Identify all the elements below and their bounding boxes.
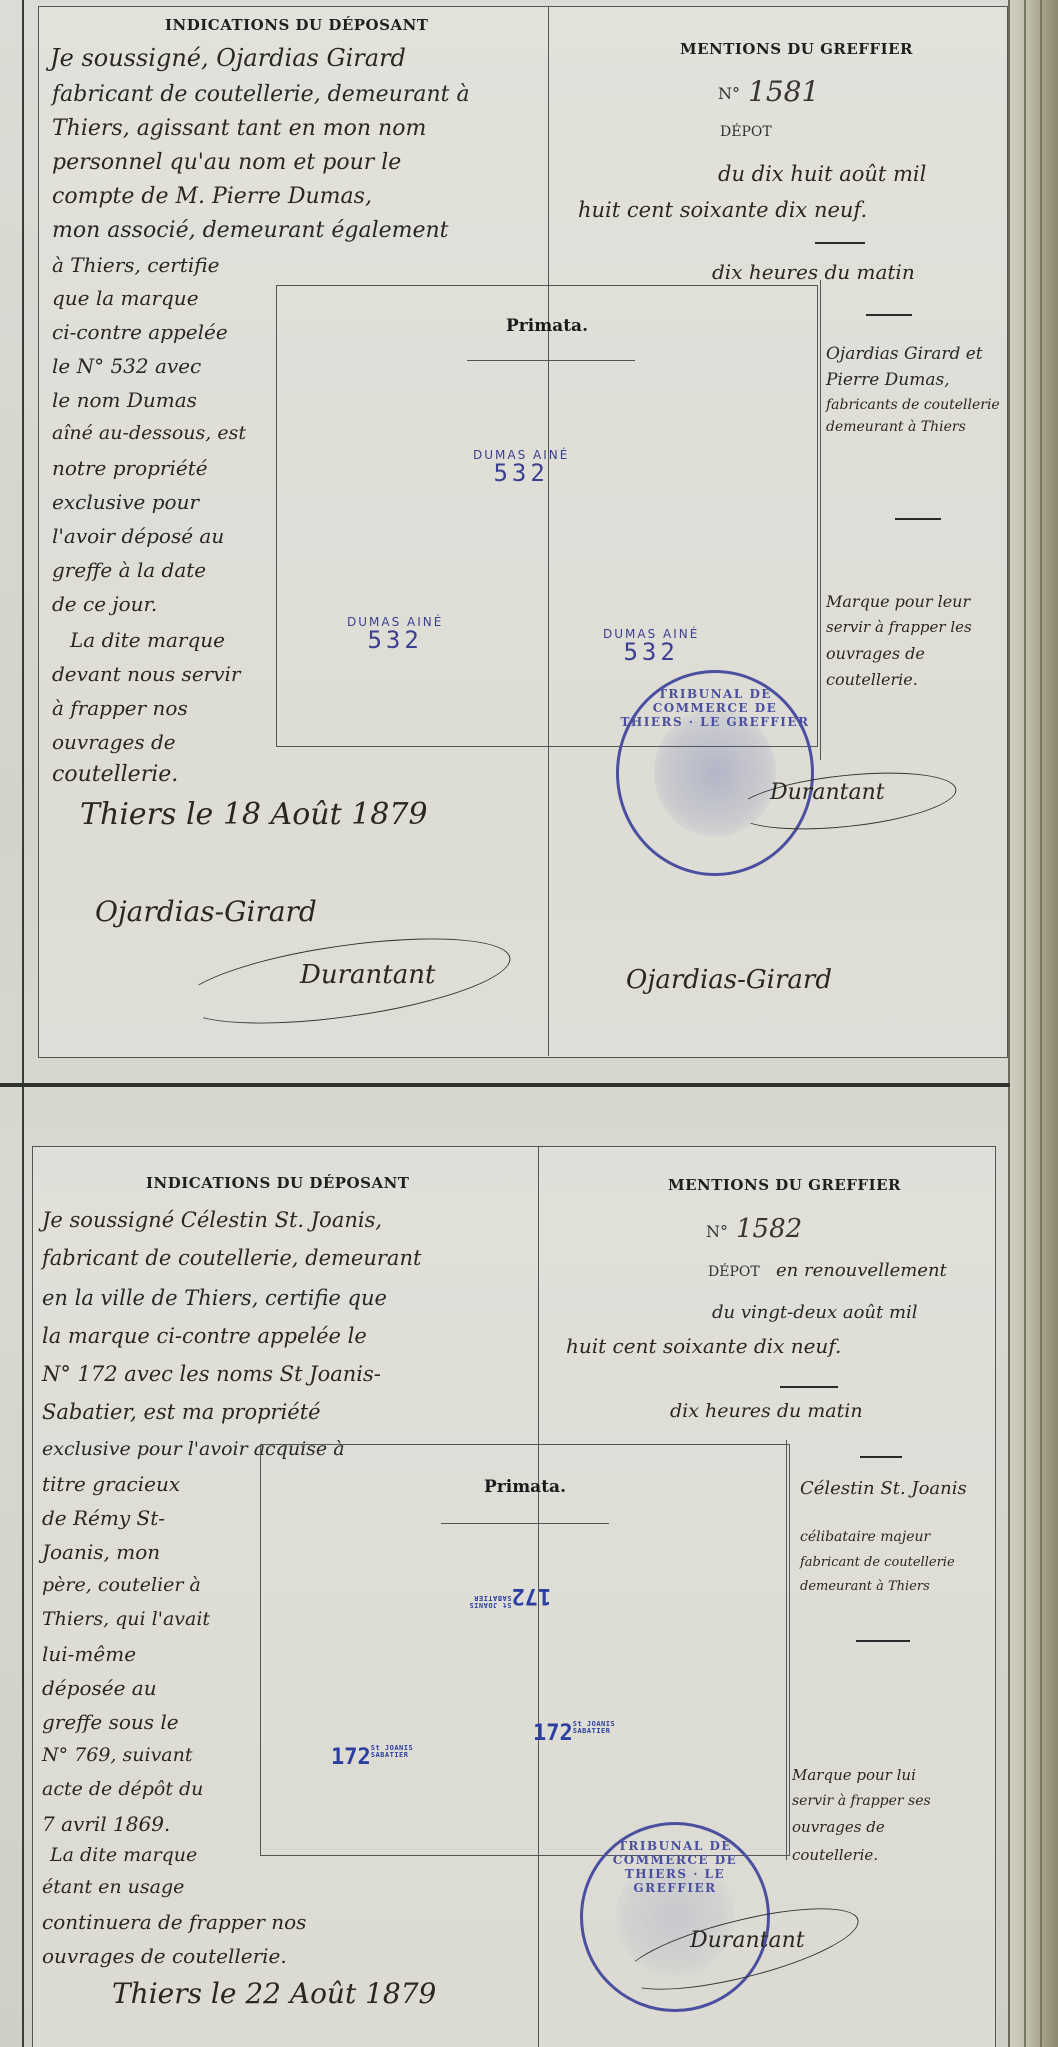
deposit-date-line1: du dix huit août mil — [718, 164, 926, 185]
declaration-line: de ce jour. — [52, 594, 157, 614]
clerk-header: MENTIONS DU GREFFIER — [680, 40, 913, 58]
spine-edge — [1040, 0, 1042, 2047]
declaration-line: Je soussigné, Ojardias Girard — [50, 46, 406, 70]
name-line: Pierre Dumas, — [826, 372, 950, 389]
declaration-line: ouvrages de coutellerie. — [42, 1946, 287, 1966]
declaration-line: coutellerie. — [52, 764, 178, 786]
description-line: ouvrages de — [792, 1820, 885, 1835]
trademark-stamp-inverted: 172St JOANISSABATIER — [469, 1583, 551, 1608]
declaration-line: greffe à la date — [52, 560, 206, 580]
separator-dash — [815, 242, 865, 244]
page-left-border — [22, 0, 24, 2047]
declaration-line: fabricant de coutellerie, demeurant à — [52, 84, 470, 106]
clerk-seal-signature: Durantant — [690, 1928, 805, 1953]
title-rule — [441, 1523, 609, 1524]
entry-divider — [0, 1083, 1010, 1087]
description-line: Marque pour leur — [826, 594, 970, 610]
declaration-line: Je soussigné Célestin St. Joanis, — [42, 1210, 382, 1231]
separator-dash — [866, 314, 912, 316]
register-page: INDICATIONS DU DÉPOSANT MENTIONS DU GREF… — [0, 0, 1058, 2047]
declaration-line: Joanis, mon — [42, 1542, 160, 1562]
declaration-line: à Thiers, certifie — [52, 255, 219, 275]
declaration-line: 7 avril 1869. — [42, 1814, 170, 1834]
trademark-stamp: 172St JOANISSABATIER — [533, 1721, 615, 1746]
declaration-line: ouvrages de — [52, 732, 176, 752]
declaration-line: Thiers, qui l'avait — [42, 1610, 210, 1629]
declaration-line: la marque ci-contre appelée le — [42, 1326, 367, 1347]
clerk-seal-signature: Durantant — [770, 780, 885, 805]
trademark-stamp: DUMAS AINÉ 532 — [473, 449, 569, 485]
registration-number-label: N° — [718, 84, 740, 103]
tribunal-seal: TRIBUNAL DE COMMERCE DE THIERS · LE GREF… — [616, 670, 814, 876]
name-line: Ojardias Girard et — [826, 346, 983, 363]
description-line: coutellerie. — [792, 1848, 878, 1863]
declaration-line: étant en usage — [42, 1878, 184, 1897]
declaration-line: acte de dépôt du — [42, 1780, 203, 1799]
declaration-line: que la marque — [52, 288, 199, 308]
depositor-header: INDICATIONS DU DÉPOSANT — [146, 1174, 409, 1192]
declaration-line: ci-contre appelée — [52, 322, 228, 342]
declaration-line: fabricant de coutellerie, demeurant — [42, 1248, 421, 1269]
declaration-line: mon associé, demeurant également — [52, 220, 449, 242]
name-line: demeurant à Thiers — [826, 420, 966, 434]
place-date: Thiers le 18 Août 1879 — [80, 800, 428, 830]
declaration-line: déposée au — [42, 1678, 157, 1698]
depositor-signature: Ojardias-Girard — [95, 895, 317, 928]
declaration-line: greffe sous le — [42, 1712, 179, 1732]
trademark-stamp: DUMAS AINÉ 532 — [603, 628, 699, 664]
description-line: ouvrages de — [826, 646, 925, 662]
separator-dash — [780, 1386, 838, 1388]
clerk-signature: Durantant — [300, 960, 435, 990]
deposit-label-suffix: en renouvellement — [776, 1262, 947, 1280]
declaration-line: N° 172 avec les noms St Joanis- — [42, 1364, 381, 1385]
declaration-line: lui-même — [42, 1644, 136, 1664]
seal-text: TRIBUNAL DE COMMERCE DE THIERS · LE GREF… — [583, 1839, 767, 1895]
registration-number-label: N° — [706, 1222, 728, 1241]
declaration-line: N° 769, suivant — [42, 1746, 193, 1765]
registration-number: 1582 — [736, 1216, 802, 1242]
description-line: servir à frapper ses — [792, 1794, 931, 1808]
description-line: Marque pour lui — [792, 1768, 916, 1783]
trademark-stamp: DUMAS AINÉ 532 — [347, 616, 443, 652]
declaration-line: en la ville de Thiers, certifie que — [42, 1288, 387, 1309]
declaration-line: le N° 532 avec — [52, 356, 201, 376]
declaration-line: Thiers, agissant tant en mon nom — [52, 118, 426, 140]
title-rule — [467, 360, 635, 361]
declaration-line: l'avoir déposé au — [52, 526, 224, 546]
declaration-line: continuera de frapper nos — [42, 1912, 306, 1932]
name-line: Célestin St. Joanis — [800, 1480, 967, 1498]
deposit-label: DÉPOT — [708, 1264, 760, 1280]
declaration-line: exclusive pour — [52, 492, 199, 512]
declaration-line: La dite marque — [70, 630, 225, 650]
declaration-line: à frapper nos — [52, 698, 188, 718]
declaration-line: devant nous servir — [52, 664, 240, 684]
declaration-line: compte de M. Pierre Dumas, — [52, 186, 372, 208]
place-date: Thiers le 22 Août 1879 — [112, 1980, 436, 2008]
panel-title: Primata. — [277, 316, 817, 336]
deposit-date-line2: huit cent soixante dix neuf. — [578, 200, 867, 221]
clerk-bottom-signature: Ojardias-Girard — [626, 965, 832, 995]
depositor-header: INDICATIONS DU DÉPOSANT — [165, 16, 428, 34]
trademark-stamp: 172St JOANISSABATIER — [331, 1745, 413, 1770]
declaration-line: de Rémy St- — [42, 1508, 165, 1528]
deposit-date-line2: huit cent soixante dix neuf. — [566, 1336, 841, 1356]
declaration-line: personnel qu'au nom et pour le — [52, 152, 401, 174]
separator-dash — [895, 518, 941, 520]
description-line: coutellerie. — [826, 672, 918, 688]
seal-text: TRIBUNAL DE COMMERCE DE THIERS · LE GREF… — [619, 687, 811, 729]
declaration-line: père, coutelier à — [42, 1576, 201, 1595]
description-line: servir à frapper les — [826, 620, 972, 635]
deposit-date-line1: du vingt-deux août mil — [712, 1304, 918, 1322]
declaration-line: notre propriété — [52, 458, 208, 478]
deposit-label: DÉPOT — [720, 124, 772, 140]
declaration-line: le nom Dumas — [52, 390, 197, 410]
declaration-line: La dite marque — [50, 1846, 197, 1865]
registration-number: 1581 — [748, 78, 819, 106]
spine-edge — [1024, 0, 1026, 2047]
name-line: demeurant à Thiers — [800, 1580, 930, 1593]
deposit-time: dix heures du matin — [712, 262, 915, 282]
panel-title: Primata. — [261, 1477, 789, 1497]
deposit-time: dix heures du matin — [670, 1402, 863, 1421]
name-line: fabricants de coutellerie — [826, 398, 1000, 412]
declaration-line: Sabatier, est ma propriété — [42, 1402, 321, 1423]
declaration-line: aîné au-dessous, est — [52, 424, 246, 443]
book-spine — [1008, 0, 1058, 2047]
separator-dash — [860, 1456, 902, 1458]
name-line: célibataire majeur — [800, 1530, 930, 1544]
separator-dash — [856, 1640, 910, 1642]
clerk-header: MENTIONS DU GREFFIER — [668, 1176, 901, 1194]
column-divider — [820, 280, 821, 760]
name-line: fabricant de coutellerie — [800, 1556, 955, 1569]
mark-panel: Primata. 172St JOANISSABATIER 172St JOAN… — [260, 1444, 790, 1856]
declaration-line: titre gracieux — [42, 1474, 180, 1494]
